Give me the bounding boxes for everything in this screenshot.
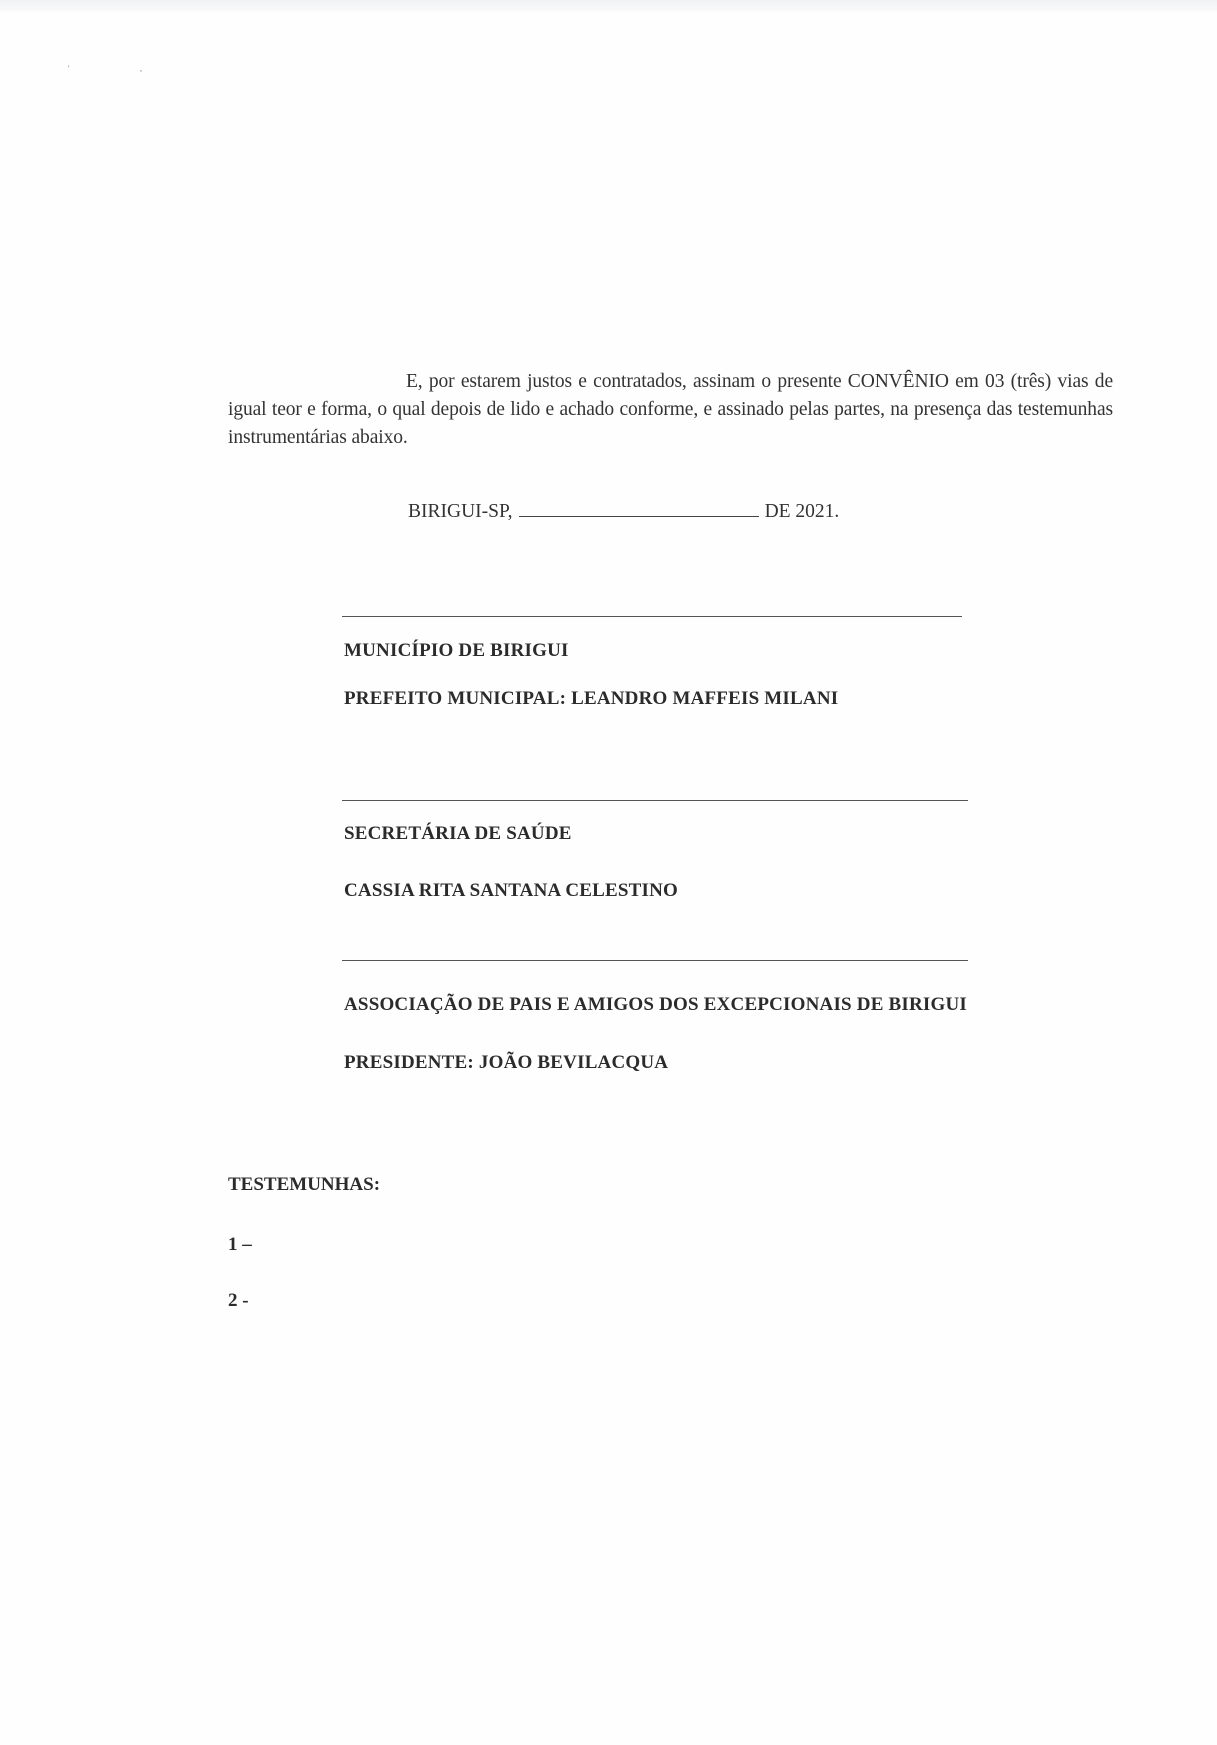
scan-speck: , xyxy=(140,64,142,73)
date-line: BIRIGUI-SP,DE 2021. xyxy=(408,500,839,523)
signatory-entity: MUNICÍPIO DE BIRIGUI xyxy=(344,640,569,662)
signature-line-associacao[interactable] xyxy=(342,960,968,961)
scan-speck: ' xyxy=(68,64,69,73)
witness-item: 2 - xyxy=(228,1290,249,1312)
date-place: BIRIGUI-SP, xyxy=(408,501,513,522)
signatory-representative: CASSIA RITA SANTANA CELESTINO xyxy=(344,880,678,902)
signature-line-municipio[interactable] xyxy=(342,616,962,617)
scan-edge-artifact xyxy=(0,0,1217,14)
signatory-representative: PREFEITO MUNICIPAL: LEANDRO MAFFEIS MILA… xyxy=(344,688,838,710)
witness-item: 1 – xyxy=(228,1234,252,1256)
closing-paragraph: E, por estarem justos e contratados, ass… xyxy=(228,368,1113,452)
closing-paragraph-line1: E, por estarem justos e contratados, ass… xyxy=(406,371,1051,392)
signatory-representative: PRESIDENTE: JOÃO BEVILACQUA xyxy=(344,1052,668,1074)
date-year: DE 2021. xyxy=(765,501,840,522)
date-blank-field[interactable] xyxy=(519,500,759,517)
signatory-entity: ASSOCIAÇÃO DE PAIS E AMIGOS DOS EXCEPCIO… xyxy=(344,994,967,1016)
signatory-entity: SECRETÁRIA DE SAÚDE xyxy=(344,823,572,845)
signature-line-secretaria[interactable] xyxy=(342,800,968,801)
witnesses-heading: TESTEMUNHAS: xyxy=(228,1174,380,1196)
